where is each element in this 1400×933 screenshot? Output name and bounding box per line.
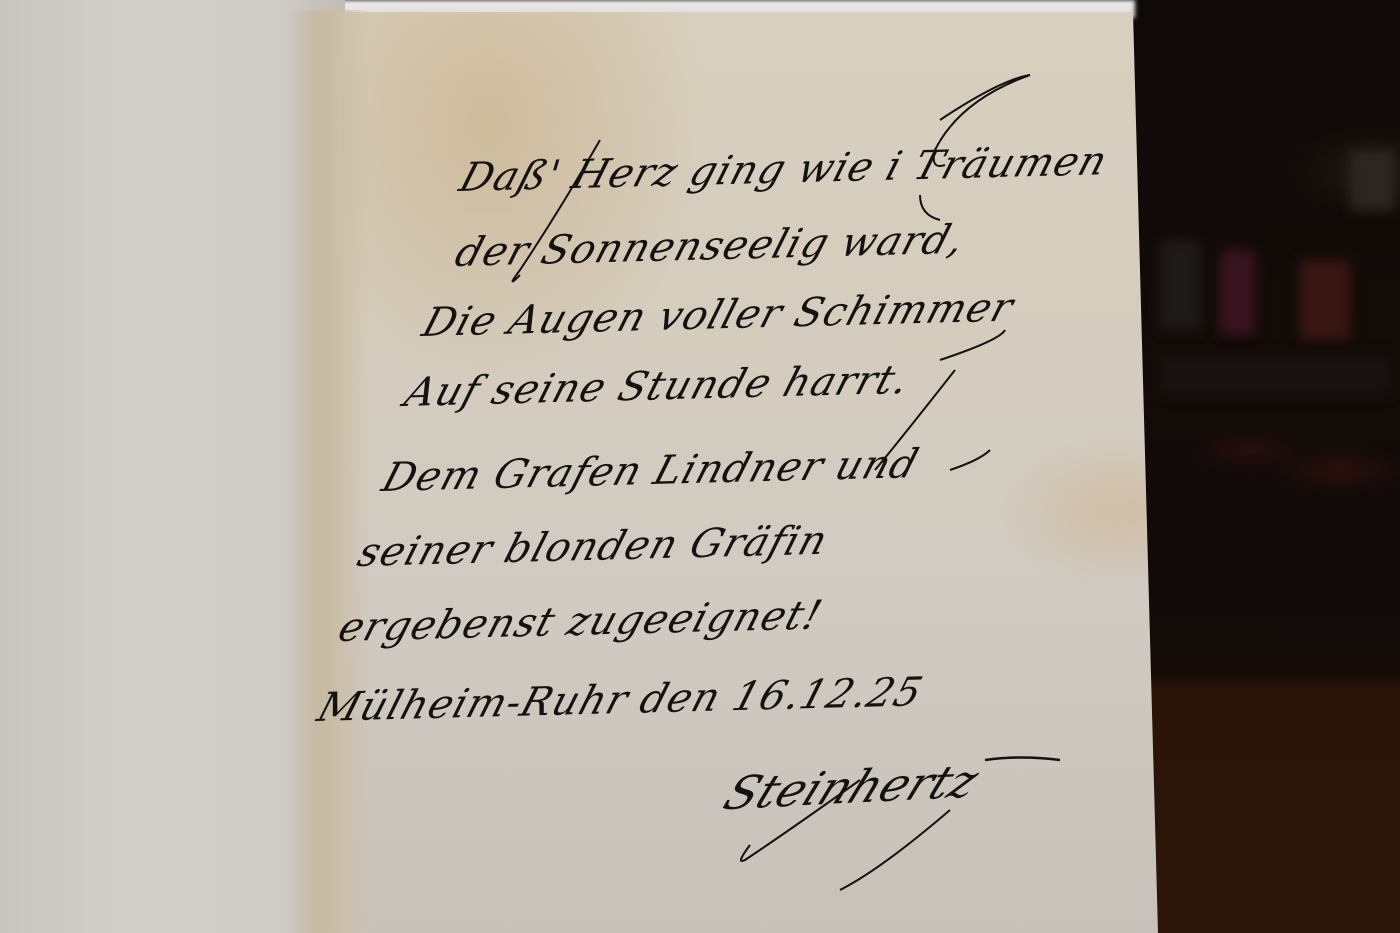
blurred-book [1160,240,1200,330]
blurred-book [1220,250,1255,335]
photo-scene: Daß' Herz ging wie i Träumen der Sonnens… [0,0,1400,933]
book-gutter [290,10,370,933]
blurred-book [1300,260,1350,340]
blurred-book [1160,355,1390,395]
blurred-book [1350,150,1395,210]
